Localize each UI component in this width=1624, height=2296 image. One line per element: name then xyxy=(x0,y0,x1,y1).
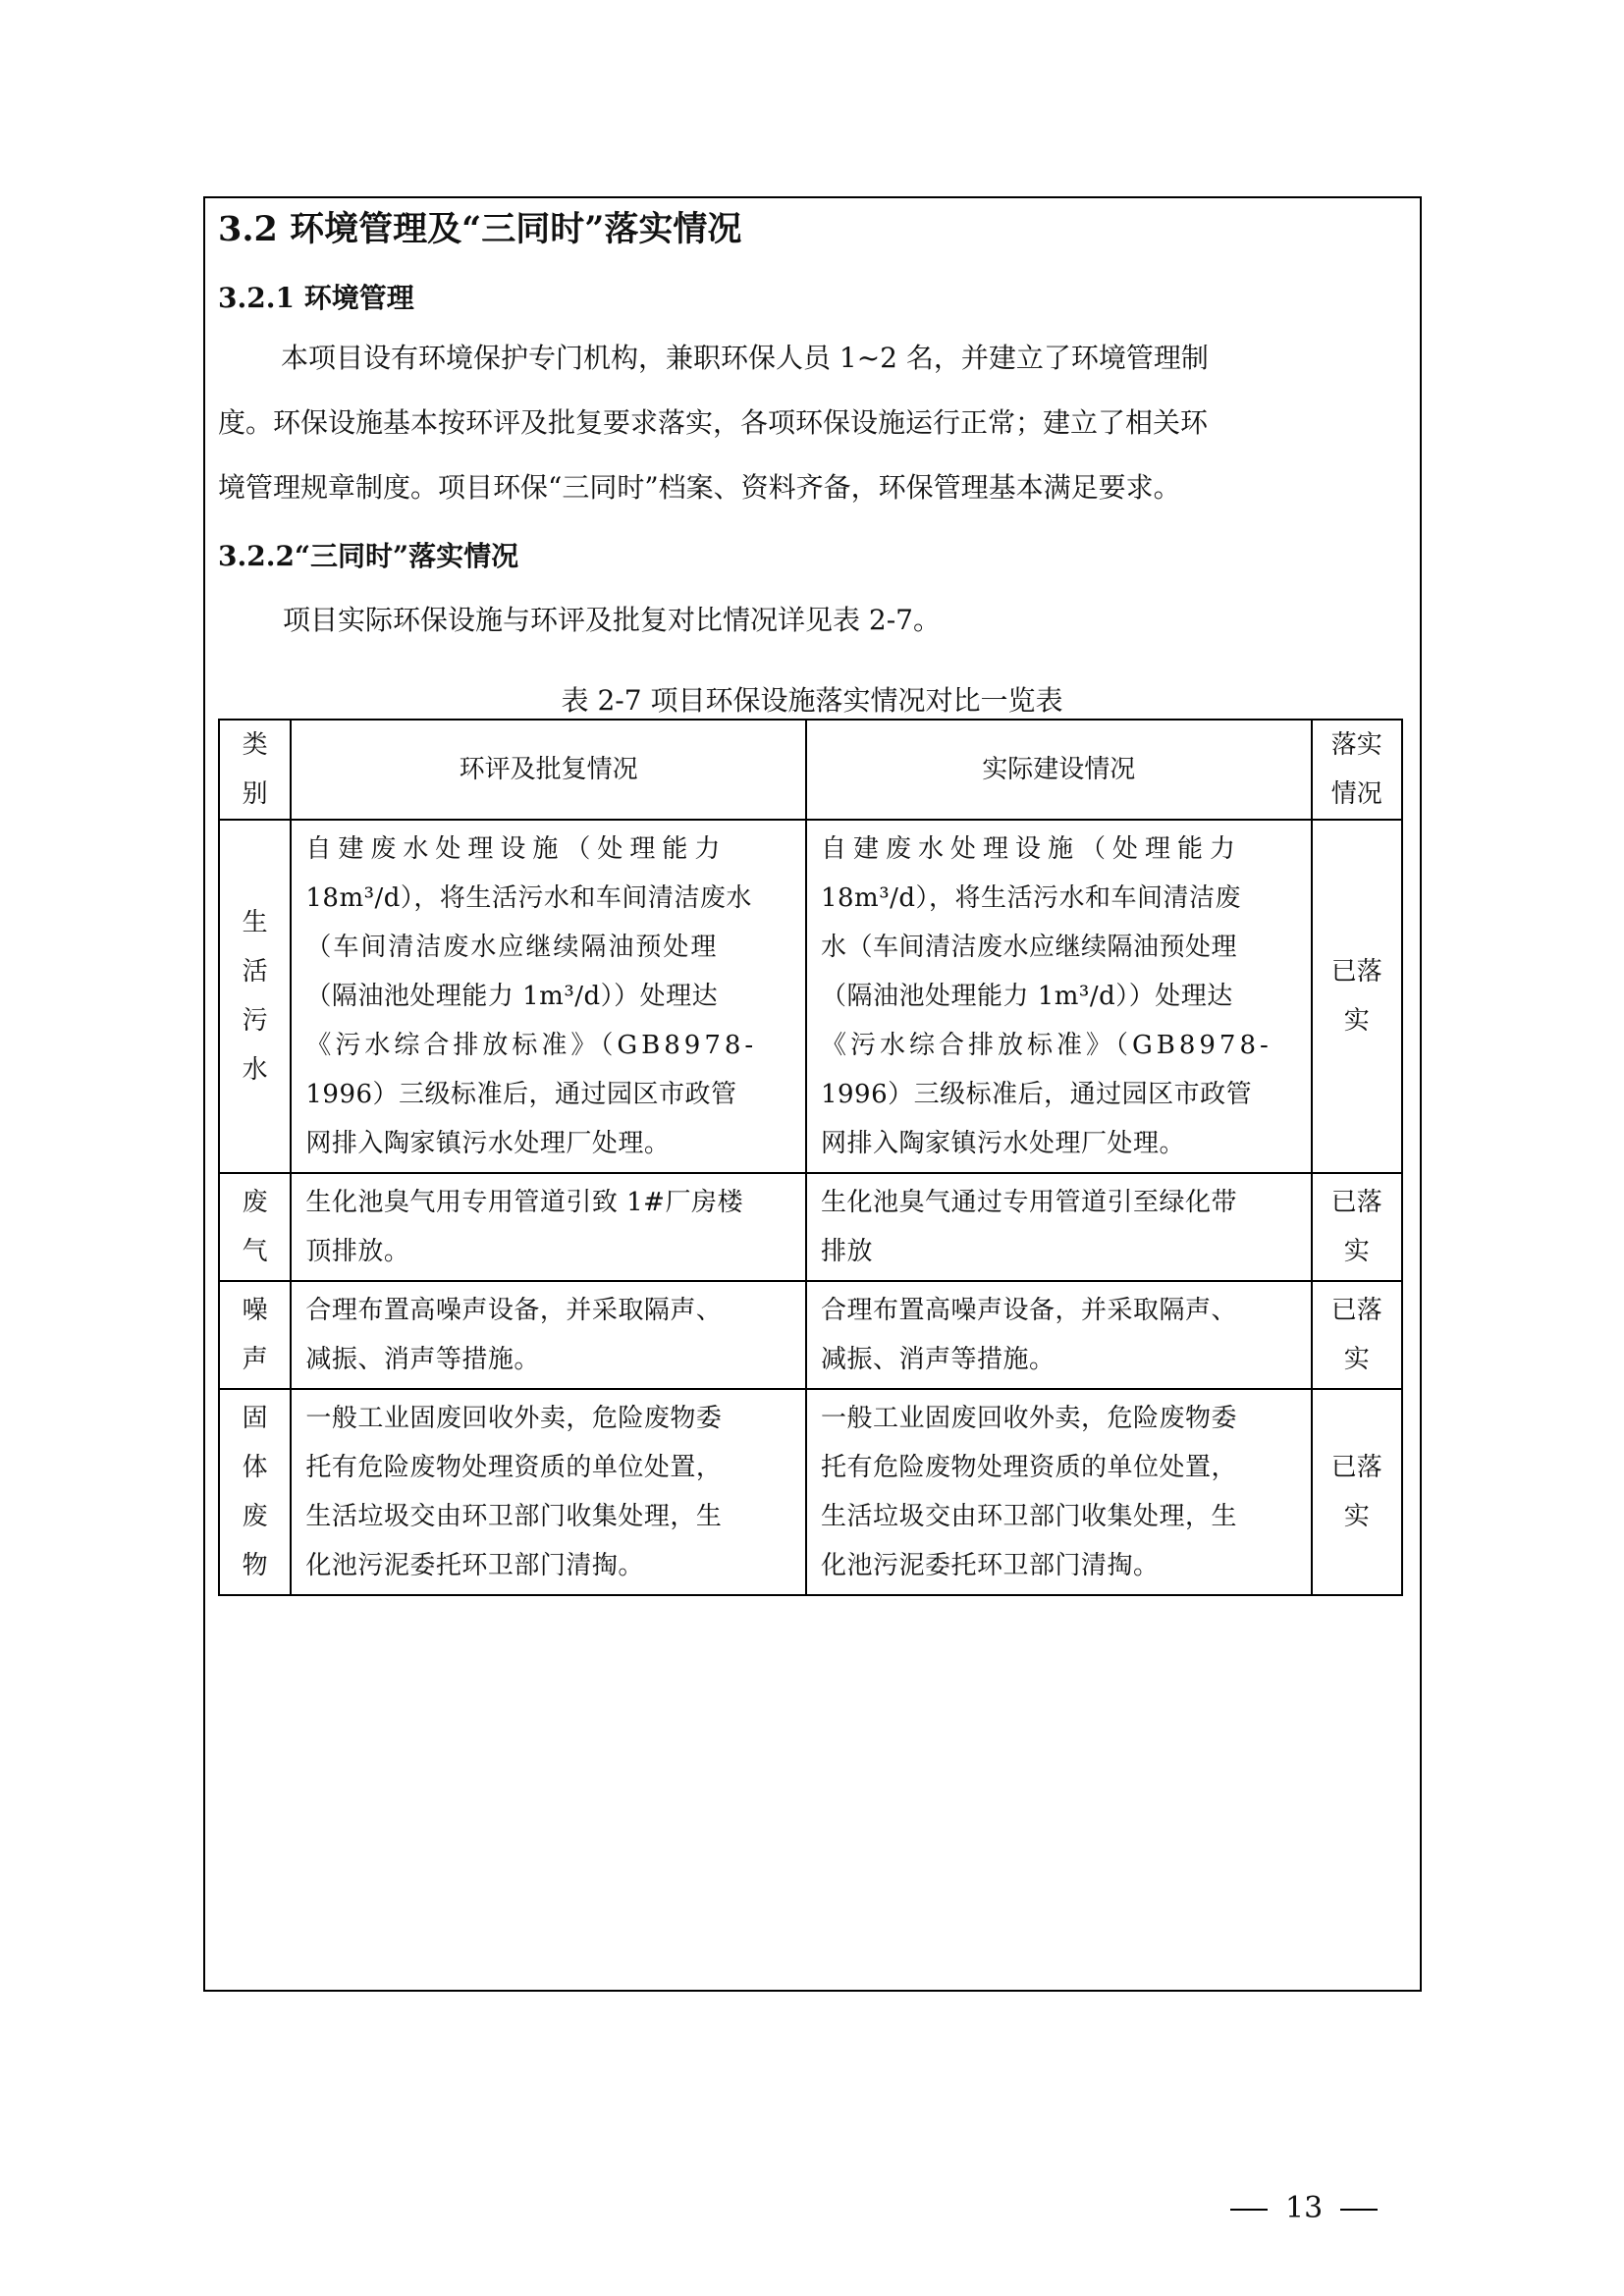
env-management-paragraph: 本项目设有环境保护专门机构，兼职环保人员 1~2 名，并建立了环境管理制 度。环… xyxy=(218,326,1410,520)
row-eia: 合理布置高噪声设备，并采取隔声、 减振、消声等措施。 xyxy=(291,1281,806,1389)
row-eia: 一般工业固废回收外卖，危险废物委 托有危险废物处理资质的单位处置， 生活垃圾交由… xyxy=(291,1389,806,1595)
row-category: 生 活 污 水 xyxy=(219,820,291,1173)
table-caption: 表 2-7 项目环保设施落实情况对比一览表 xyxy=(0,679,1624,719)
table-caption-text: 表 2-7 项目环保设施落实情况对比一览表 xyxy=(562,684,1063,717)
header-actual: 实际建设情况 xyxy=(806,720,1312,820)
table-header-row: 类 别 环评及批复情况 实际建设情况 落实 情况 xyxy=(219,720,1402,820)
facilities-comparison-table: 类 别 环评及批复情况 实际建设情况 落实 情况 生 活 污 水 自建废水处理设… xyxy=(218,719,1403,1596)
row-actual: 一般工业固废回收外卖，危险废物委 托有危险废物处理资质的单位处置， 生活垃圾交由… xyxy=(806,1389,1312,1595)
page-number-value: 13 xyxy=(1285,2191,1323,2225)
row-status: 已落 实 xyxy=(1312,820,1402,1173)
header-category: 类 别 xyxy=(219,720,291,820)
table-row: 固 体 废 物 一般工业固废回收外卖，危险废物委 托有危险废物处理资质的单位处置… xyxy=(219,1389,1402,1595)
table-row: 废 气 生化池臭气用专用管道引致 1#厂房楼 顶排放。 生化池臭气通过专用管道引… xyxy=(219,1173,1402,1281)
table-row: 生 活 污 水 自建废水处理设施（处理能力 18m³/d），将生活污水和车间清洁… xyxy=(219,820,1402,1173)
row-status: 已落 实 xyxy=(1312,1389,1402,1595)
dash-right xyxy=(1340,2209,1378,2211)
subsection-heading-three-simultaneous: 3.2.2“三同时”落实情况 xyxy=(218,535,518,574)
section-heading: 3.2 环境管理及“三同时”落实情况 xyxy=(218,202,741,251)
paragraph-line: 本项目设有环境保护专门机构，兼职环保人员 1~2 名，并建立了环境管理制 xyxy=(218,326,1410,391)
row-category: 固 体 废 物 xyxy=(219,1389,291,1595)
dash-left xyxy=(1230,2209,1268,2211)
row-actual: 自建废水处理设施（处理能力 18m³/d），将生活污水和车间清洁废 水（车间清洁… xyxy=(806,820,1312,1173)
row-actual: 合理布置高噪声设备，并采取隔声、 减振、消声等措施。 xyxy=(806,1281,1312,1389)
paragraph-line: 境管理规章制度。项目环保“三同时”档案、资料齐备，环保管理基本满足要求。 xyxy=(218,455,1410,520)
page-number: 13 xyxy=(1213,2191,1395,2225)
row-eia: 生化池臭气用专用管道引致 1#厂房楼 顶排放。 xyxy=(291,1173,806,1281)
table-row: 噪 声 合理布置高噪声设备，并采取隔声、 减振、消声等措施。 合理布置高噪声设备… xyxy=(219,1281,1402,1389)
row-status: 已落 实 xyxy=(1312,1281,1402,1389)
row-actual: 生化池臭气通过专用管道引至绿化带 排放 xyxy=(806,1173,1312,1281)
row-category: 噪 声 xyxy=(219,1281,291,1389)
row-eia: 自建废水处理设施（处理能力 18m³/d），将生活污水和车间清洁废水 （车间清洁… xyxy=(291,820,806,1173)
row-category: 废 气 xyxy=(219,1173,291,1281)
subsection-heading-env-management: 3.2.1 环境管理 xyxy=(218,277,414,316)
table-reference-paragraph: 项目实际环保设施与环评及批复对比情况详见表 2-7。 xyxy=(283,599,941,638)
row-status: 已落 实 xyxy=(1312,1173,1402,1281)
header-status: 落实 情况 xyxy=(1312,720,1402,820)
paragraph-line: 度。环保设施基本按环评及批复要求落实，各项环保设施运行正常；建立了相关环 xyxy=(218,391,1410,455)
header-eia: 环评及批复情况 xyxy=(291,720,806,820)
